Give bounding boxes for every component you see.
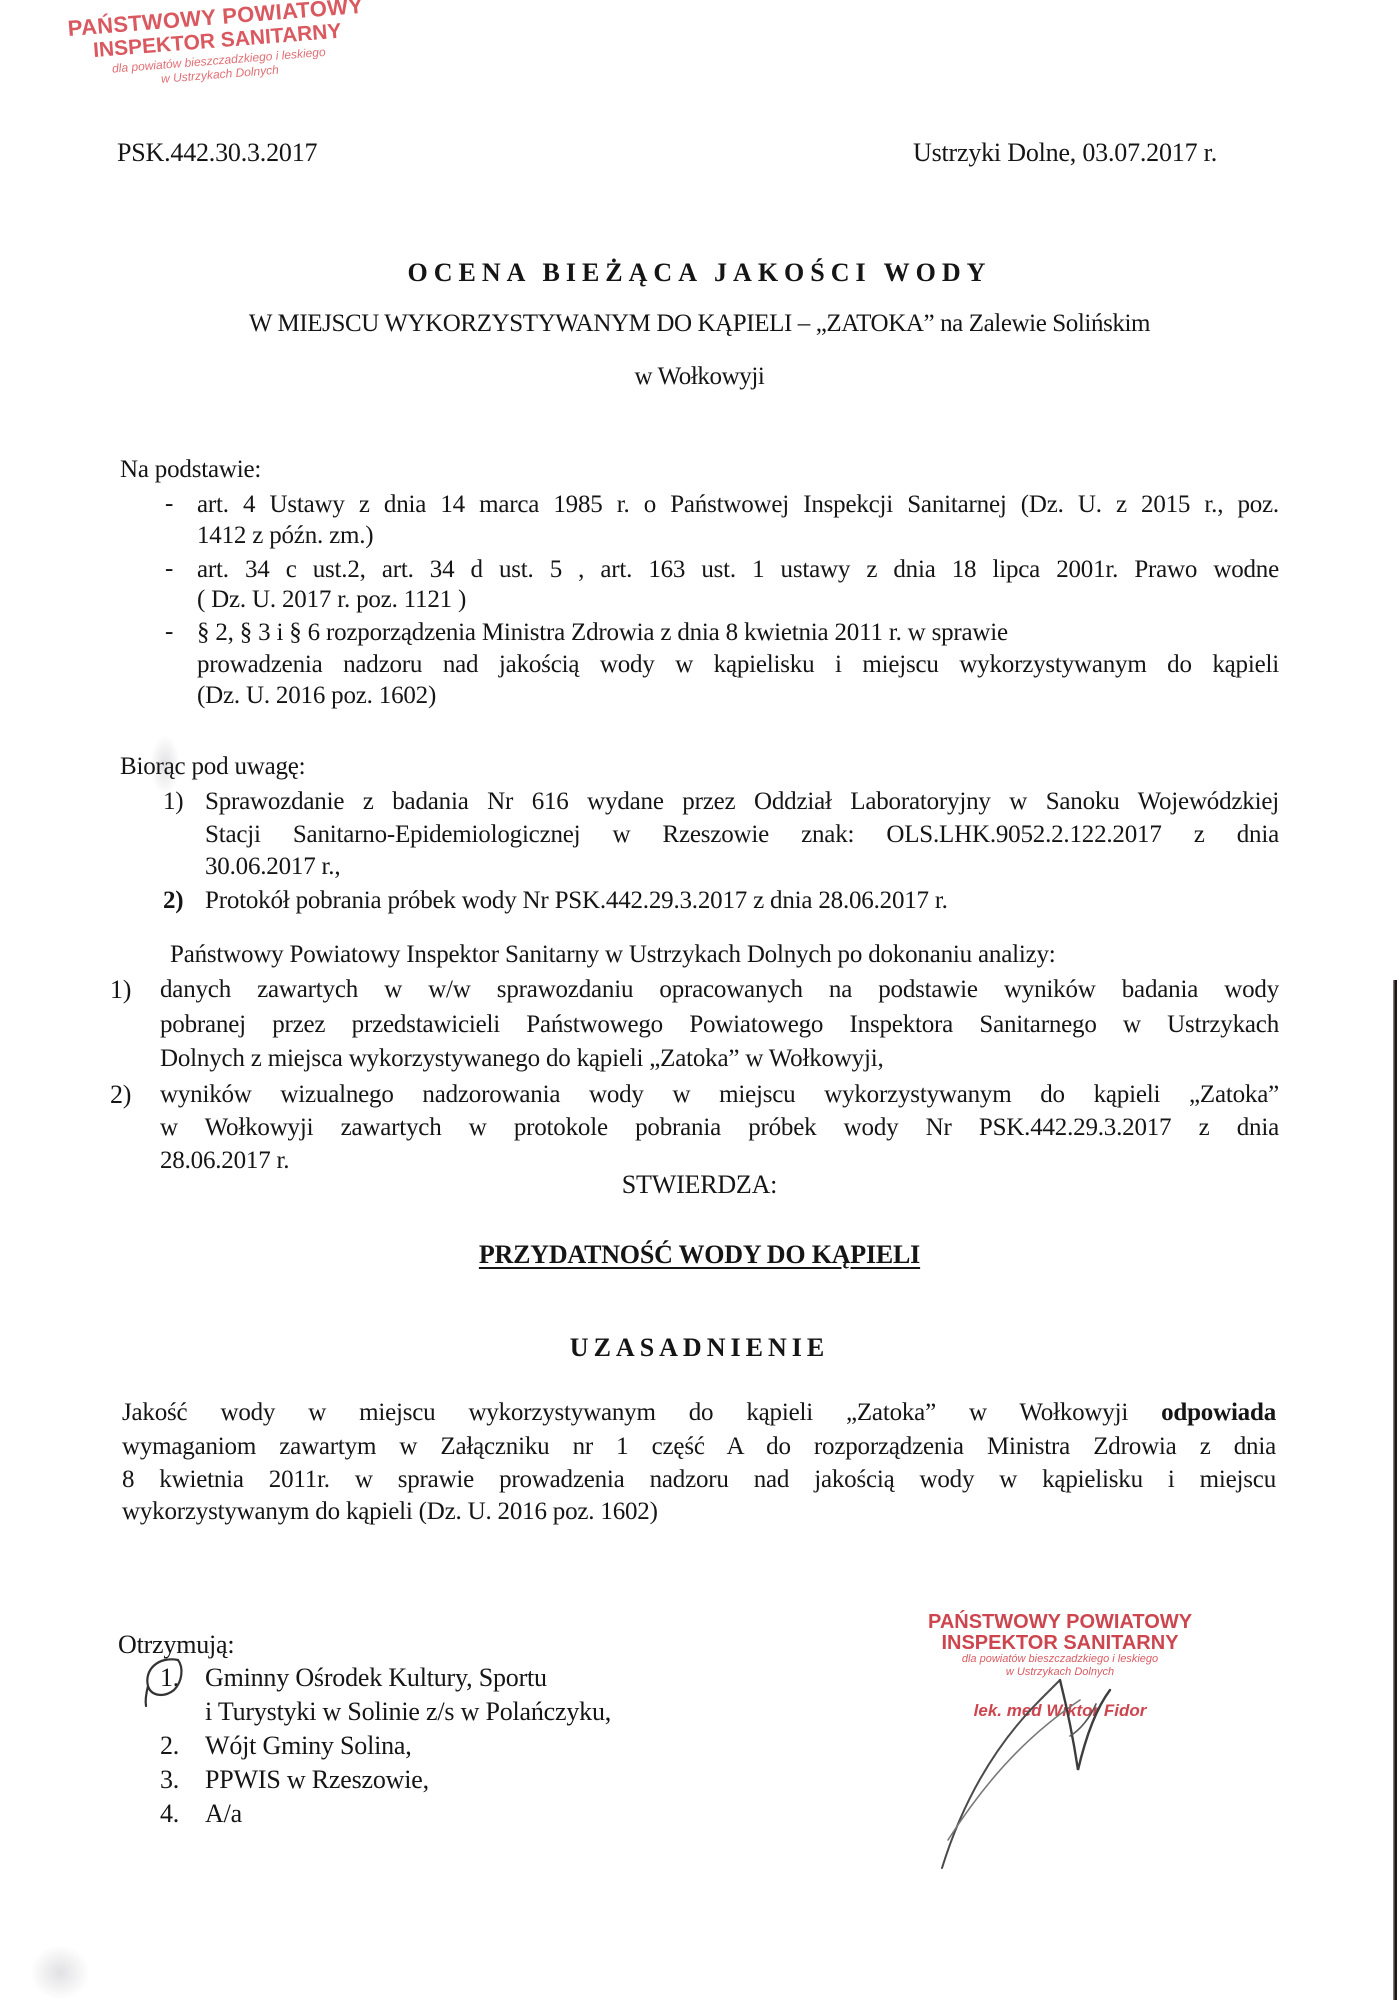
justification-line: Jakość wody w miejscu wykorzystywanym do… [122, 1398, 1276, 1428]
analysis-line: w Wołkowyji zawartych w protokole pobran… [160, 1113, 1279, 1143]
legal-basis-line: § 2, § 3 i § 6 rozporządzenia Ministra Z… [197, 618, 1008, 648]
legal-basis-line: (Dz. U. 2016 poz. 1602) [197, 681, 436, 711]
legal-basis-line: art. 34 c ust.2, art. 34 d ust. 5 , art.… [197, 555, 1279, 585]
verdict-emphasis: odpowiada [1161, 1399, 1276, 1426]
recipient-line: Gminny Ośrodek Kultury, Sportu [205, 1663, 547, 1693]
bullet-dash: - [165, 555, 173, 583]
analysis-line: wyników wizualnego nadzorowania wody w m… [160, 1080, 1279, 1110]
justification-line: wymaganiom zawartym w Załączniku nr 1 cz… [122, 1432, 1276, 1462]
analysis-line: Dolnych z miejsca wykorzystywanego do ką… [160, 1044, 884, 1074]
document-title: OCENA BIEŻĄCA JAKOŚCI WODY [0, 258, 1399, 288]
handwritten-circle-mark [138, 1652, 198, 1712]
place-date: Ustrzyki Dolne, 03.07.2017 r. [913, 138, 1217, 168]
recipient-number: 3. [160, 1765, 179, 1795]
considering-line: 30.06.2017 r., [205, 852, 340, 882]
recipient-line: PPWIS w Rzeszowie, [205, 1765, 429, 1795]
bullet-dash: - [165, 490, 173, 518]
scan-smudge [30, 1945, 90, 2000]
reference-number: PSK.442.30.3.2017 [117, 138, 317, 168]
recipient-number: 2. [160, 1731, 179, 1761]
legal-basis-heading: Na podstawie: [120, 455, 261, 485]
analysis-line: danych zawartych w w/w sprawozdaniu opra… [160, 975, 1279, 1005]
analysis-intro: Państwowy Powiatowy Inspektor Sanitarny … [170, 940, 1056, 970]
document-subtitle: W MIEJSCU WYKORZYSTYWANYM DO KĄPIELI – „… [0, 310, 1399, 338]
considering-line: Sprawozdanie z badania Nr 616 wydane prz… [205, 787, 1279, 817]
document-page: PAŃSTWOWY POWIATOWY INSPEKTOR SANITARNY … [0, 0, 1399, 2000]
considering-line: Stacji Sanitarno-Epidemiologicznej w Rze… [205, 820, 1279, 850]
decision-label: STWIERDZA: [0, 1170, 1399, 1200]
bullet-dash: - [165, 618, 173, 646]
list-number: 2) [110, 1080, 131, 1110]
justification-heading: UZASADNIENIE [0, 1333, 1399, 1363]
list-number: 2) [163, 886, 183, 916]
list-number: 1) [163, 787, 183, 817]
signature-stamp: PAŃSTWOWY POWIATOWY INSPEKTOR SANITARNY … [895, 1612, 1225, 1721]
signatory-name: lek. med Wiktor Fidor [895, 1701, 1225, 1721]
legal-basis-line: 1412 z późn. zm.) [197, 521, 373, 551]
recipient-number: 4. [160, 1799, 179, 1829]
legal-basis-line: ( Dz. U. 2017 r. poz. 1121 ) [197, 585, 466, 615]
justification-line: wykorzystywanym do kąpieli (Dz. U. 2016 … [122, 1497, 658, 1527]
considering-heading: Biorąc pod uwagę: [120, 752, 305, 782]
recipient-line: Wójt Gminy Solina, [205, 1731, 412, 1761]
recipient-line: A/a [205, 1799, 242, 1829]
office-stamp: PAŃSTWOWY POWIATOWY INSPEKTOR SANITARNY … [55, 0, 380, 94]
scan-edge [1393, 980, 1397, 2000]
recipient-line: i Turystyki w Solinie z/s w Polańczyku, [205, 1697, 611, 1727]
decision-verdict: PRZYDATNOŚĆ WODY DO KĄPIELI [0, 1240, 1399, 1270]
considering-line: Protokół pobrania próbek wody Nr PSK.442… [205, 886, 948, 916]
list-number: 1) [110, 975, 131, 1005]
analysis-line: pobranej przez przedstawicieli Państwowe… [160, 1010, 1279, 1040]
legal-basis-line: prowadzenia nadzoru nad jakością wody w … [197, 650, 1279, 680]
justification-line: 8 kwietnia 2011r. w sprawie prowadzenia … [122, 1465, 1276, 1495]
document-location: w Wołkowyji [0, 363, 1399, 391]
legal-basis-line: art. 4 Ustawy z dnia 14 marca 1985 r. o … [197, 490, 1279, 520]
